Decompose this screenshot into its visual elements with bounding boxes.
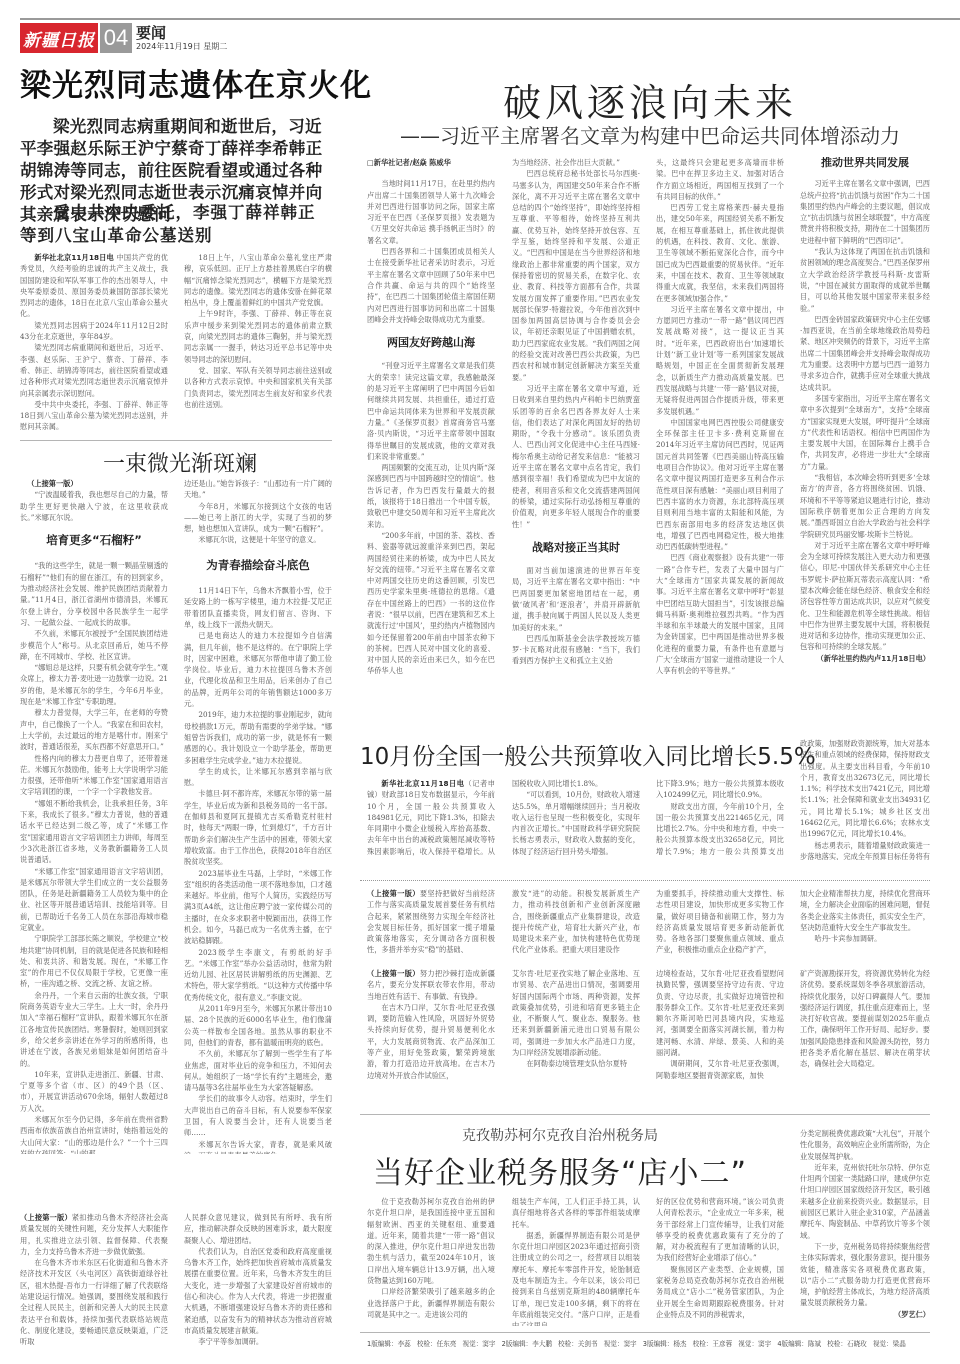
divider bbox=[20, 440, 332, 441]
page-number: 04 bbox=[100, 23, 132, 53]
paragraph: 下一步，克州税务局将持续聚焦经营主体实际需求，强化服务意识，提升服务效能，精准落… bbox=[800, 1241, 930, 1309]
paragraph: 受中共中央委托，李强、丁薛祥、韩正等18日到八宝山革命公墓为梁光烈同志送别，并慰… bbox=[20, 399, 168, 433]
paragraph: 面对当前加速演进的世界百年变局，习近平主席在署名文章中指出：“中巴两国要更加紧密… bbox=[512, 565, 640, 633]
paragraph: 在乌鲁木齐市米东区石化街道和乌鲁木齐经济技术开发区（头屯河区）高铁街道绿谷社区，… bbox=[20, 1257, 168, 1347]
pofeng-column-4: 推动世界共同发展 习近平主席在署名文章中强调，巴西总统卢拉将“抗击饥饿与贫困”作… bbox=[800, 157, 930, 717]
continued-label: （上接第一版） bbox=[367, 889, 420, 898]
paragraph: 国税收收入同比增长1.8%。 bbox=[512, 778, 640, 789]
paragraph: 政政策，加强财政资源统筹，加大对基本民生和重点领域的经费保障，保持财政支出强度。… bbox=[800, 738, 930, 840]
paragraph: 头，这最终只会建起更多高墙而非桥梁。巴中在捍卫多边主义、加强对话合作方面立场相近… bbox=[656, 157, 784, 202]
paragraph: 梁光烈同志病重期间和逝世后，习近平、李强、赵乐际、王沪宁、蔡奇、丁薛祥、李希、韩… bbox=[20, 342, 168, 398]
continued-b-column-3: 边境检查站，艾尔肯·吐尼亚孜看望慰问执勤民警，强调要坚持守边有责、守边负责、守边… bbox=[656, 968, 784, 1098]
masthead-info: 要闻 2024年11月19日 星期二 bbox=[136, 23, 227, 53]
headline-weiguang[interactable]: 一束微光渐斑斓 bbox=[20, 447, 340, 478]
credit-tax: （罗艺仁） bbox=[800, 1309, 930, 1320]
dateline: 新华社北京11月18日电 bbox=[381, 779, 464, 788]
paragraph: 激发“进”的动能。积极发展新质生产力，推动科技创新和产业创新深度融合，围绕新疆重… bbox=[512, 888, 640, 956]
paragraph: 习近平主席在署名文章中强调，巴西总统卢拉将“抗击饥饿与贫困”作为二十国集团里约热… bbox=[800, 178, 930, 246]
liang-column-1: 新华社北京11月18日电 中国共产党的优秀党员，久经考验的忠诚的共产主义战士，我… bbox=[20, 252, 168, 437]
subhead-fazhan: 推动世界共同发展 bbox=[800, 157, 930, 168]
paragraph: 好的区位优势和营商环境。”该公司负责人何青松表示，“企业成立一年多来，税务干部经… bbox=[656, 1196, 784, 1264]
deck2-liang: 受中共中央委托，李强丁薛祥韩正等到八宝山革命公墓送别 bbox=[20, 201, 330, 247]
paragraph: 不久前，米娜瓦尔被授予“全国民族团结进步模范个人”称号。从北京回甬后，她马不停蹄… bbox=[20, 628, 168, 662]
paragraph: 穆太力普觉得，大学三年，在老师的夸赞声中，自己像换了一个人。“我家在和田农村，上… bbox=[20, 707, 168, 752]
budget-column-4: 政政策，加强财政资源统筹，加大对基本民生和重点领域的经费保障，保持财政支出强度。… bbox=[800, 738, 930, 860]
paragraph: 2023级学生李康文，有剪纸的好手艺。“米娜工作室”举办公益活动时，他常为附近幼… bbox=[184, 947, 332, 1003]
paragraph: 从2011年9月至今，米娜瓦尔累计带出10届、28个民族的近6000名毕业生，他… bbox=[184, 1003, 332, 1048]
subhead-qingchun: 为青春描绘奋斗底色 bbox=[184, 560, 332, 571]
paragraph: 学长们的故事令人动容。结束时，学生们大声说出自己的奋斗目标，有人说要参军保家卫国… bbox=[184, 1093, 332, 1138]
paragraph: 巴西总统府总秘书处部长马尔西奥·马塞多认为，两国建交50年来合作不断深化，离不开… bbox=[512, 168, 640, 383]
dateline: 新华社北京11月18日电 bbox=[34, 253, 114, 262]
paragraph: 上午9时许，李强、丁薛祥、韩正等在哀乐声中缓步来到梁光烈同志的遗体前肃立默哀，向… bbox=[184, 308, 332, 364]
paragraph: 边境检查站，艾尔肯·吐尼亚孜看望慰问执勤民警，强调要坚持守边有责、守边负责、守边… bbox=[656, 968, 784, 1058]
tax-column-1: 位于克孜勒苏柯尔克孜自治州的伊尔克什坦口岸，是我国连接中亚五国和辐射欧洲、西亚的… bbox=[367, 1196, 495, 1326]
paragraph: 比下降3.9%；地方一般公共预算本级收入102499亿元，同比增长0.9%。 bbox=[656, 778, 784, 801]
paragraph: 艾尔肯·吐尼亚孜实地了解企业落地、互市贸易、农产品进出口情况，强调要用好国内国际… bbox=[512, 968, 640, 1058]
tax-column-2: 组装生产车间，工人们正手持工具，认真仔细地将各式各样的零部件组装成摩托车。 据悉… bbox=[512, 1196, 640, 1326]
paragraph: 分中央和地方看，今年前10个月，中央一般公共预算收入82482亿元，同 bbox=[512, 857, 640, 858]
paragraph: 财政支出方面，今年前10个月，全国一般公共预算支出221465亿元，同比增长2.… bbox=[656, 801, 784, 858]
paragraph: 加大企业精准帮扶力度，持续优化营商环境，全力解决企业面临的困难问题，督促各类企业… bbox=[800, 888, 930, 933]
paragraph: 多国专家指出，习近平主席在署名文章中多次提到“全球南方”，支持“全球南方”国家实… bbox=[800, 393, 930, 472]
divider bbox=[360, 1114, 930, 1115]
paragraph: 2023届毕业生马磊，上学时，“米娜工作室”组织的各类活动他一项不落地参加，口才… bbox=[184, 868, 332, 947]
paragraph: 杨志勇表示，随着增量财政政策进一步落地落实，完成全年预算目标任务将有更强保障，财… bbox=[800, 840, 930, 860]
continued-b-column-4: 矿产资源勘探开发，将资源优势转化为经济优势。要系统谋划冬季各项旅游活动，持续优化… bbox=[800, 968, 930, 1098]
paragraph: 要坚持把做好当前经济工作与落实高质量发展首要任务有机结合起来，紧紧围绕努力实现全… bbox=[367, 889, 495, 954]
newspaper-logo[interactable]: 新疆日报 bbox=[20, 23, 98, 53]
paragraph: 巴西各界和二十国集团成员相关人士在接受新华社记者采访时表示，习近平主席在署名文章… bbox=[367, 246, 495, 325]
subhead-shiliuzi: 培育更多“石榴籽” bbox=[20, 535, 168, 546]
headline-budget[interactable]: 10月份全国一般公共预算收入同比增长5.5% bbox=[360, 738, 816, 771]
paragraph: 习近平主席在署名文章中写道，近日收到来自里约热内卢科帕卡巴纳贾蛮乐团等的百余名巴… bbox=[512, 383, 640, 530]
paragraph: 巴西金砖国家政策研究中心主任安娜·加西亚说，在当前全球地缘政治局势趋紧、地区冲突… bbox=[800, 314, 930, 393]
paragraph: 2019年，迪力木拉提的事业刚起步，就向母校捐款1万元，帮助有需要的学弟学妹。“… bbox=[184, 709, 332, 765]
paragraph: 米娜瓦尔说，这便是十年坚守的意义。 bbox=[184, 534, 332, 545]
urumqi-column-1: （上接第一版）紧扣推动乌鲁木齐经济社会高质量发展的关键性问题，充分发挥人大职能作… bbox=[20, 1212, 168, 1357]
paragraph: 性格内向的穆太力普更自卑了，还带着迷茫。米娜瓦尔鼓励他，能考上大学说明学习能力很… bbox=[20, 753, 168, 798]
paragraph: 梁光烈同志因病于2024年11月12日2时43分在北京逝世，享年84岁。 bbox=[20, 320, 168, 343]
subhead-pofeng: ——习近平主席署名文章为构建中巴命运共同体增添动力 bbox=[340, 120, 960, 149]
paragraph: “可以看到，10月份，财政收入增速达5.5%，单月增幅继续回升；当月税收收入运行… bbox=[512, 789, 640, 857]
paragraph: “宁波温暖着我，我也想尽自己的力量，帮助学生更好更快融入宁波，在这里收获成长。”… bbox=[20, 489, 168, 523]
weiguang-column-1: （上接第一版） “宁波温暖着我，我也想尽自己的力量，帮助学生更好更快融入宁波，在… bbox=[20, 478, 168, 1154]
paragraph: 10年来，宣讲队走进浙江、新疆、甘肃、宁夏等多个省（市、区）的49个县（区、市）… bbox=[20, 1069, 168, 1114]
paragraph: 米娜瓦尔告诉大家，青春，就是乘风破浪，而奋斗是青春最美的底色。 bbox=[184, 1139, 332, 1154]
issue-date: 2024年11月19日 星期二 bbox=[136, 41, 227, 52]
budget-column-3: 比下降3.9%；地方一般公共预算本级收入102499亿元，同比增长0.9%。 财… bbox=[656, 778, 784, 858]
paragraph: “娜姐不断给我机会，让我承担任务，3年下来，我成长了很多。”穆太力普说，他的普通… bbox=[20, 798, 168, 866]
paragraph: 近年来，克州依托吐尔尕特、伊尔克什坦两个国家一类陆路口岸，建成伊尔克什坦口岸园区… bbox=[800, 1162, 930, 1241]
headline-tax[interactable]: 当好企业税务服务“店小二” bbox=[340, 1148, 780, 1192]
subhead-zhanlue: 战略对接正当其时 bbox=[512, 542, 640, 553]
budget-column-2: 国税收收入同比增长1.8%。 “可以看到，10月份，财政收入增速达5.5%，单月… bbox=[512, 778, 640, 858]
paragraph: 李宁平等参加调研。 bbox=[184, 1336, 332, 1347]
paragraph: 位于克孜勒苏柯尔克孜自治州的伊尔克什坦口岸，是我国连接中亚五国和辐射欧洲、西亚的… bbox=[367, 1196, 495, 1286]
budget-column-1: 新华社北京11月18日电（记者申铖）财政部18日发布数据显示，今年前10个月，全… bbox=[367, 778, 495, 858]
urumqi-column-2: 人民群众意见建议，做到民有所呼、我有所应，推动解决群众反映的困难诉求，最大限度凝… bbox=[184, 1212, 332, 1357]
paragraph: 余丹丹，一个来自云南的壮族女孩，宁职院商务英语专业大三学生。上大一时，余丹丹加入… bbox=[20, 990, 168, 1069]
editor-credits: 1版编辑：李蕊 校检：任东亮 视觉：窦宇 2版编辑：李大鹏 校检：关剑书 视觉：… bbox=[367, 1338, 906, 1348]
subhead-youhao: 两国友好跨越山海 bbox=[367, 337, 495, 348]
paragraph: 边还是山。”她告诉孩子：“山那边有一片广阔的天地。” bbox=[184, 478, 332, 501]
masthead: 新疆日报 04 要闻 2024年11月19日 星期二 bbox=[20, 23, 227, 53]
continued-a-column-3: 为重要抓手，持续推动重大支撑性、标志性项目建设，加快形成更多实物工作量，做好项目… bbox=[656, 888, 784, 958]
paragraph: 为重要抓手，持续推动重大支撑性、标志性项目建设，加快形成更多实物工作量，做好项目… bbox=[656, 888, 784, 956]
continued-label: （上接第一版） bbox=[367, 969, 420, 978]
kicker-tax: 克孜勒苏柯尔克孜自治州税务局 bbox=[340, 1125, 780, 1145]
tax-column-3: 好的区位优势和营商环境。”该公司负责人何青松表示，“企业成立一年多来，税务干部经… bbox=[656, 1196, 784, 1326]
paragraph: 聚焦园区产业类型、企业规模，国家税务总局克孜勒苏柯尔克孜自治州税务局成立“店小二… bbox=[656, 1264, 784, 1320]
paragraph: 在阿勒泰边境管理支队恰尔夏特 bbox=[512, 1058, 640, 1069]
tax-column-4: 分类定制税费优惠政策“大礼包”，开展个性化服务，高效响应企业所需所盼，为企业发展… bbox=[800, 1128, 930, 1328]
top-rule bbox=[20, 18, 960, 20]
continued-label: （上接第一版） bbox=[20, 478, 168, 489]
paragraph: 已是电商达人的迪力木拉提如今自信满满，但几年前，他不是这样的。在宁职院上学时，因… bbox=[184, 630, 332, 709]
paragraph: 习近平主席在署名文章中提出，中方愿同巴方推动“一带一路”倡议同巴西发展战略对接”… bbox=[656, 304, 784, 417]
paragraph: 哈丹·卡宾参加调研。 bbox=[800, 933, 930, 944]
liang-column-2: 18日上午，八宝山革命公墓礼堂庄严肃穆，哀乐低回。正厅上方悬挂着黑底白字的横幅“… bbox=[184, 252, 332, 437]
paragraph: 米娜瓦尔至今仍记得，多年前在贵州省黔西南布依族苗族自治州宣讲时，她指着远处的大山… bbox=[20, 1114, 168, 1154]
continued-a-column-1: （上接第一版）要坚持把做好当前经济工作与落实高质量发展首要任务有机结合起来，紧紧… bbox=[367, 888, 495, 958]
credit-pofeng: （新华社里约热内卢11月18日电） bbox=[800, 653, 930, 664]
paragraph: 中国国家电网巴西控股公司健康安全环保部主任卫卡多·费利克斯留在2014年习近平主… bbox=[656, 417, 784, 553]
paragraph: 不久前，米娜瓦尔了解到一些学生有了毕业焦虑，面对毕业后的竞争和压力，不知何去何从… bbox=[184, 1048, 332, 1093]
paragraph: 为当地经济、社会作出巨大贡献。” bbox=[512, 157, 640, 168]
continued-label: （上接第一版） bbox=[20, 1213, 72, 1222]
paragraph: 当地时间11月17日，在赴里约热内卢出席二十国集团领导人第十九次峰会并对巴西进行… bbox=[367, 178, 495, 246]
paragraph: 巴西《商业观察报》设有共建“一带一路”合作专栏，发表了大量中国与广大“全球南方”… bbox=[656, 552, 784, 676]
paragraph: 宁职院学工部部长陈之顺说，学校建立“校地共建”协同机制，目的就是促进各民族和睦相… bbox=[20, 933, 168, 989]
paragraph: 两国频繁的交流互动，让贝内斯“深深感到巴西与中国跨越时空的情谊”。他告诉记者，作… bbox=[367, 462, 495, 530]
paragraph: 代表们认为，自治区党委和政府高度重视乌鲁木齐工作，始终把加快首府城市高质量发展摆… bbox=[184, 1246, 332, 1336]
paragraph: 党、国家、军队有关领导同志前往送别或以各种方式表示哀悼。中央和国家机关有关部门负… bbox=[184, 365, 332, 410]
paragraph: 对于习近平主席在署名文章中呼吁峰会为全球可持续发展注入更大动力和更强信心，印尼-… bbox=[800, 540, 930, 653]
dotted-divider bbox=[360, 880, 930, 881]
paragraph: “我的这些学生，就是一颗一颗晶莹剔透的石榴籽”“他们有的留在浙江，有的回到家乡，… bbox=[20, 560, 168, 628]
headline-liang[interactable]: 梁光烈同志遗体在京火化 bbox=[20, 60, 372, 105]
paragraph: 分类定制税费优惠政策“大礼包”，开展个性化服务，高效响应企业所需所盼，为企业发展… bbox=[800, 1128, 930, 1162]
paragraph: 今年8月，米娜瓦尔接到这个女孩的电话——她已考上浙江的大学，实现了当初的梦想，她… bbox=[184, 501, 332, 535]
paragraph: 卡德旦·阿不都许库，米娜瓦尔带的第一届学生，毕业后成为新和县税务局的一名干部。在… bbox=[184, 788, 332, 867]
paragraph: 调研期间，艾尔肯·吐尼亚孜强调，阿勒泰地区要掘青资源家底，加快 bbox=[656, 1058, 784, 1081]
paragraph: “米娜工作室”国家通用语言文字培训团，是米娜瓦尔带领大学生们成立的一支公益服务团… bbox=[20, 866, 168, 934]
paragraph: “娜姐总是这样，只要有机会就夸学生。”观众席上，穆太力普·麦吐逊一边鼓掌一边说。… bbox=[20, 662, 168, 707]
section-title: 要闻 bbox=[136, 25, 227, 41]
paragraph: “我认为这体现了两国在抗击饥饿和贫困领域的理念高度契合。”巴西圣保罗州立大学政治… bbox=[800, 246, 930, 314]
paragraph: 在吉木乃口岸，艾尔肯·吐尼亚孜强调，要防范输入性风险，巩固好外贸势头持续向好优势… bbox=[367, 1002, 495, 1081]
paragraph: 学生的成长，让米娜瓦尔感到幸福与欣慰。 bbox=[184, 766, 332, 789]
pofeng-column-3: 头，这最终只会建起更多高墙而非桥梁。巴中在捍卫多边主义、加强对话合作方面立场相近… bbox=[656, 157, 784, 717]
paragraph: 矿产资源勘探开发，将资源优势转化为经济优势。要系统谋划冬季各项旅游活动，持续优化… bbox=[800, 968, 930, 1070]
paragraph: 巴西瓜加斯基金会法学教授埃万德罗·卡瓦略对此很有感触：“当下，我们看到西方保护主… bbox=[512, 633, 640, 667]
footer-divider bbox=[360, 1332, 930, 1333]
paragraph: （记者申铖）财政部18日发布数据显示，今年前10个月，全国一般公共预算收入184… bbox=[367, 779, 495, 858]
headline-pofeng[interactable]: 破风逐浪向未来 bbox=[340, 72, 960, 127]
paragraph: 巴西劳工党主席格莱西·赫夫曼指出，建交50年来，两国经贸关系不断发展，在相互尊重… bbox=[656, 202, 784, 304]
paragraph: “刊登习近平主席署名文章是我们莫大的荣幸！读完这篇文章，我感触最深的是习近平主席… bbox=[367, 360, 495, 462]
paragraph: 中国共产党的优秀党员，久经考验的忠诚的共产主义战士，我国国防建设和军队军事工作的… bbox=[20, 253, 168, 318]
pofeng-column-1: □新华社记者/赵焱 陈威华 当地时间11月17日，在赴里约热内卢出席二十国集团领… bbox=[367, 157, 495, 717]
weiguang-column-2: 边还是山。”她告诉孩子：“山那边有一片广阔的天地。” 今年8月，米娜瓦尔接到这个… bbox=[184, 478, 332, 1154]
paragraph: “我相信，本次峰会将听到更多‘全球南方’的声音，各方将围绕贫困、饥饿、环境和不平… bbox=[800, 472, 930, 540]
continued-b-column-2: 艾尔肯·吐尼亚孜实地了解企业落地、互市贸易、农产品进出口情况，强调要用好国内国际… bbox=[512, 968, 640, 1098]
continued-a-column-2: 激发“进”的动能。积极发展新质生产力，推动科技创新和产业创新深度融合，围绕新疆重… bbox=[512, 888, 640, 958]
paragraph: 口岸经济繁荣吸引了越来越多的企业选择落户于此，新疆悍界制造有限公司就是其中之一。… bbox=[367, 1286, 495, 1320]
byline: □新华社记者/赵焱 陈威华 bbox=[367, 157, 495, 168]
continued-a-column-4: 加大企业精准帮扶力度，持续优化营商环境，全力解决企业面临的困难问题，督促各类企业… bbox=[800, 888, 930, 958]
paragraph: 组装生产车间，工人们正手持工具，认真仔细地将各式各样的零部件组装成摩托车。 bbox=[512, 1196, 640, 1230]
paragraph: 人民群众意见建议，做到民有所呼、我有所应，推动解决群众反映的困难诉求，最大限度凝… bbox=[184, 1212, 332, 1246]
continued-b-column-1: （上接第一版）努力把沙棘打造成新疆名片，要充分发挥联农带农作用，带动当地百姓有活… bbox=[367, 968, 495, 1098]
paragraph: “200多年前，中国的茶、荔枝、香料、瓷器等就远渡重洋来到巴西，架起两国经贸往来… bbox=[367, 530, 495, 677]
paragraph: 11月14日下午，乌鲁木齐飘着小雪，位于延安路上的一栋写字楼里，迪力木拉提·艾尼… bbox=[184, 585, 332, 630]
paragraph: 据悉，新疆悍界制造有限公司是伊尔克什坦口岸园区2023年通过招商引资注册成立的公… bbox=[512, 1230, 640, 1326]
pofeng-column-2: 为当地经济、社会作出巨大贡献。” 巴西总统府总秘书处部长马尔西奥·马塞多认为，两… bbox=[512, 157, 640, 717]
paragraph: 18日上午，八宝山革命公墓礼堂庄严肃穆，哀乐低回。正厅上方悬挂着黑底白字的横幅“… bbox=[184, 252, 332, 308]
